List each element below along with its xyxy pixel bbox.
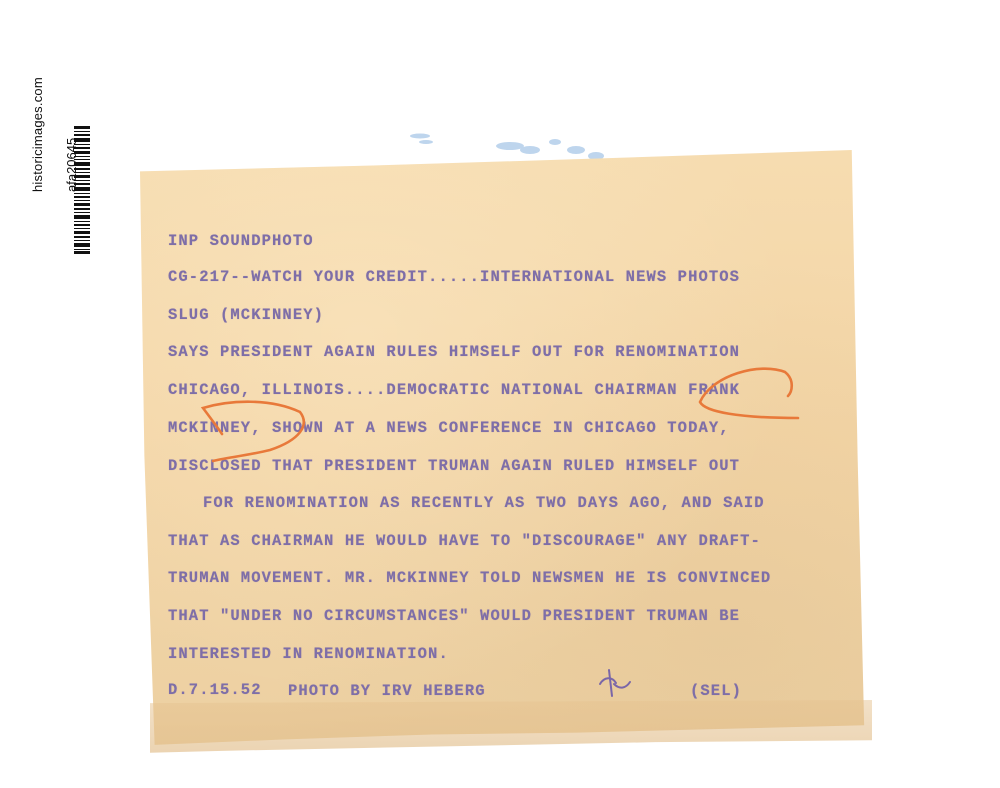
caption-line: INP SOUNDPHOTO: [168, 232, 314, 250]
caption-text: INP SOUNDPHOTO CG-217--WATCH YOUR CREDIT…: [0, 0, 1000, 788]
caption-line: INTERESTED IN RENOMINATION.: [168, 645, 449, 663]
caption-line: CHICAGO, ILLINOIS....DEMOCRATIC NATIONAL…: [168, 381, 740, 399]
footer-date: D.7.15.52: [168, 681, 262, 699]
caption-line: DISCLOSED THAT PRESIDENT TRUMAN AGAIN RU…: [168, 457, 740, 475]
caption-line: CG-217--WATCH YOUR CREDIT.....INTERNATIO…: [168, 268, 740, 286]
footer-initials: (SEL): [690, 682, 742, 700]
caption-line: FOR RENOMINATION AS RECENTLY AS TWO DAYS…: [203, 494, 765, 512]
caption-line: SAYS PRESIDENT AGAIN RULES HIMSELF OUT F…: [168, 343, 740, 361]
caption-line: THAT AS CHAIRMAN HE WOULD HAVE TO "DISCO…: [168, 532, 761, 550]
caption-line: TRUMAN MOVEMENT. MR. MCKINNEY TOLD NEWSM…: [168, 569, 771, 587]
caption-line: SLUG (MCKINNEY): [168, 306, 324, 324]
caption-line: THAT "UNDER NO CIRCUMSTANCES" WOULD PRES…: [168, 607, 740, 625]
footer-photo-credit: PHOTO BY IRV HEBERG: [288, 682, 486, 700]
caption-line: MCKINNEY, SHOWN AT A NEWS CONFERENCE IN …: [168, 419, 730, 437]
